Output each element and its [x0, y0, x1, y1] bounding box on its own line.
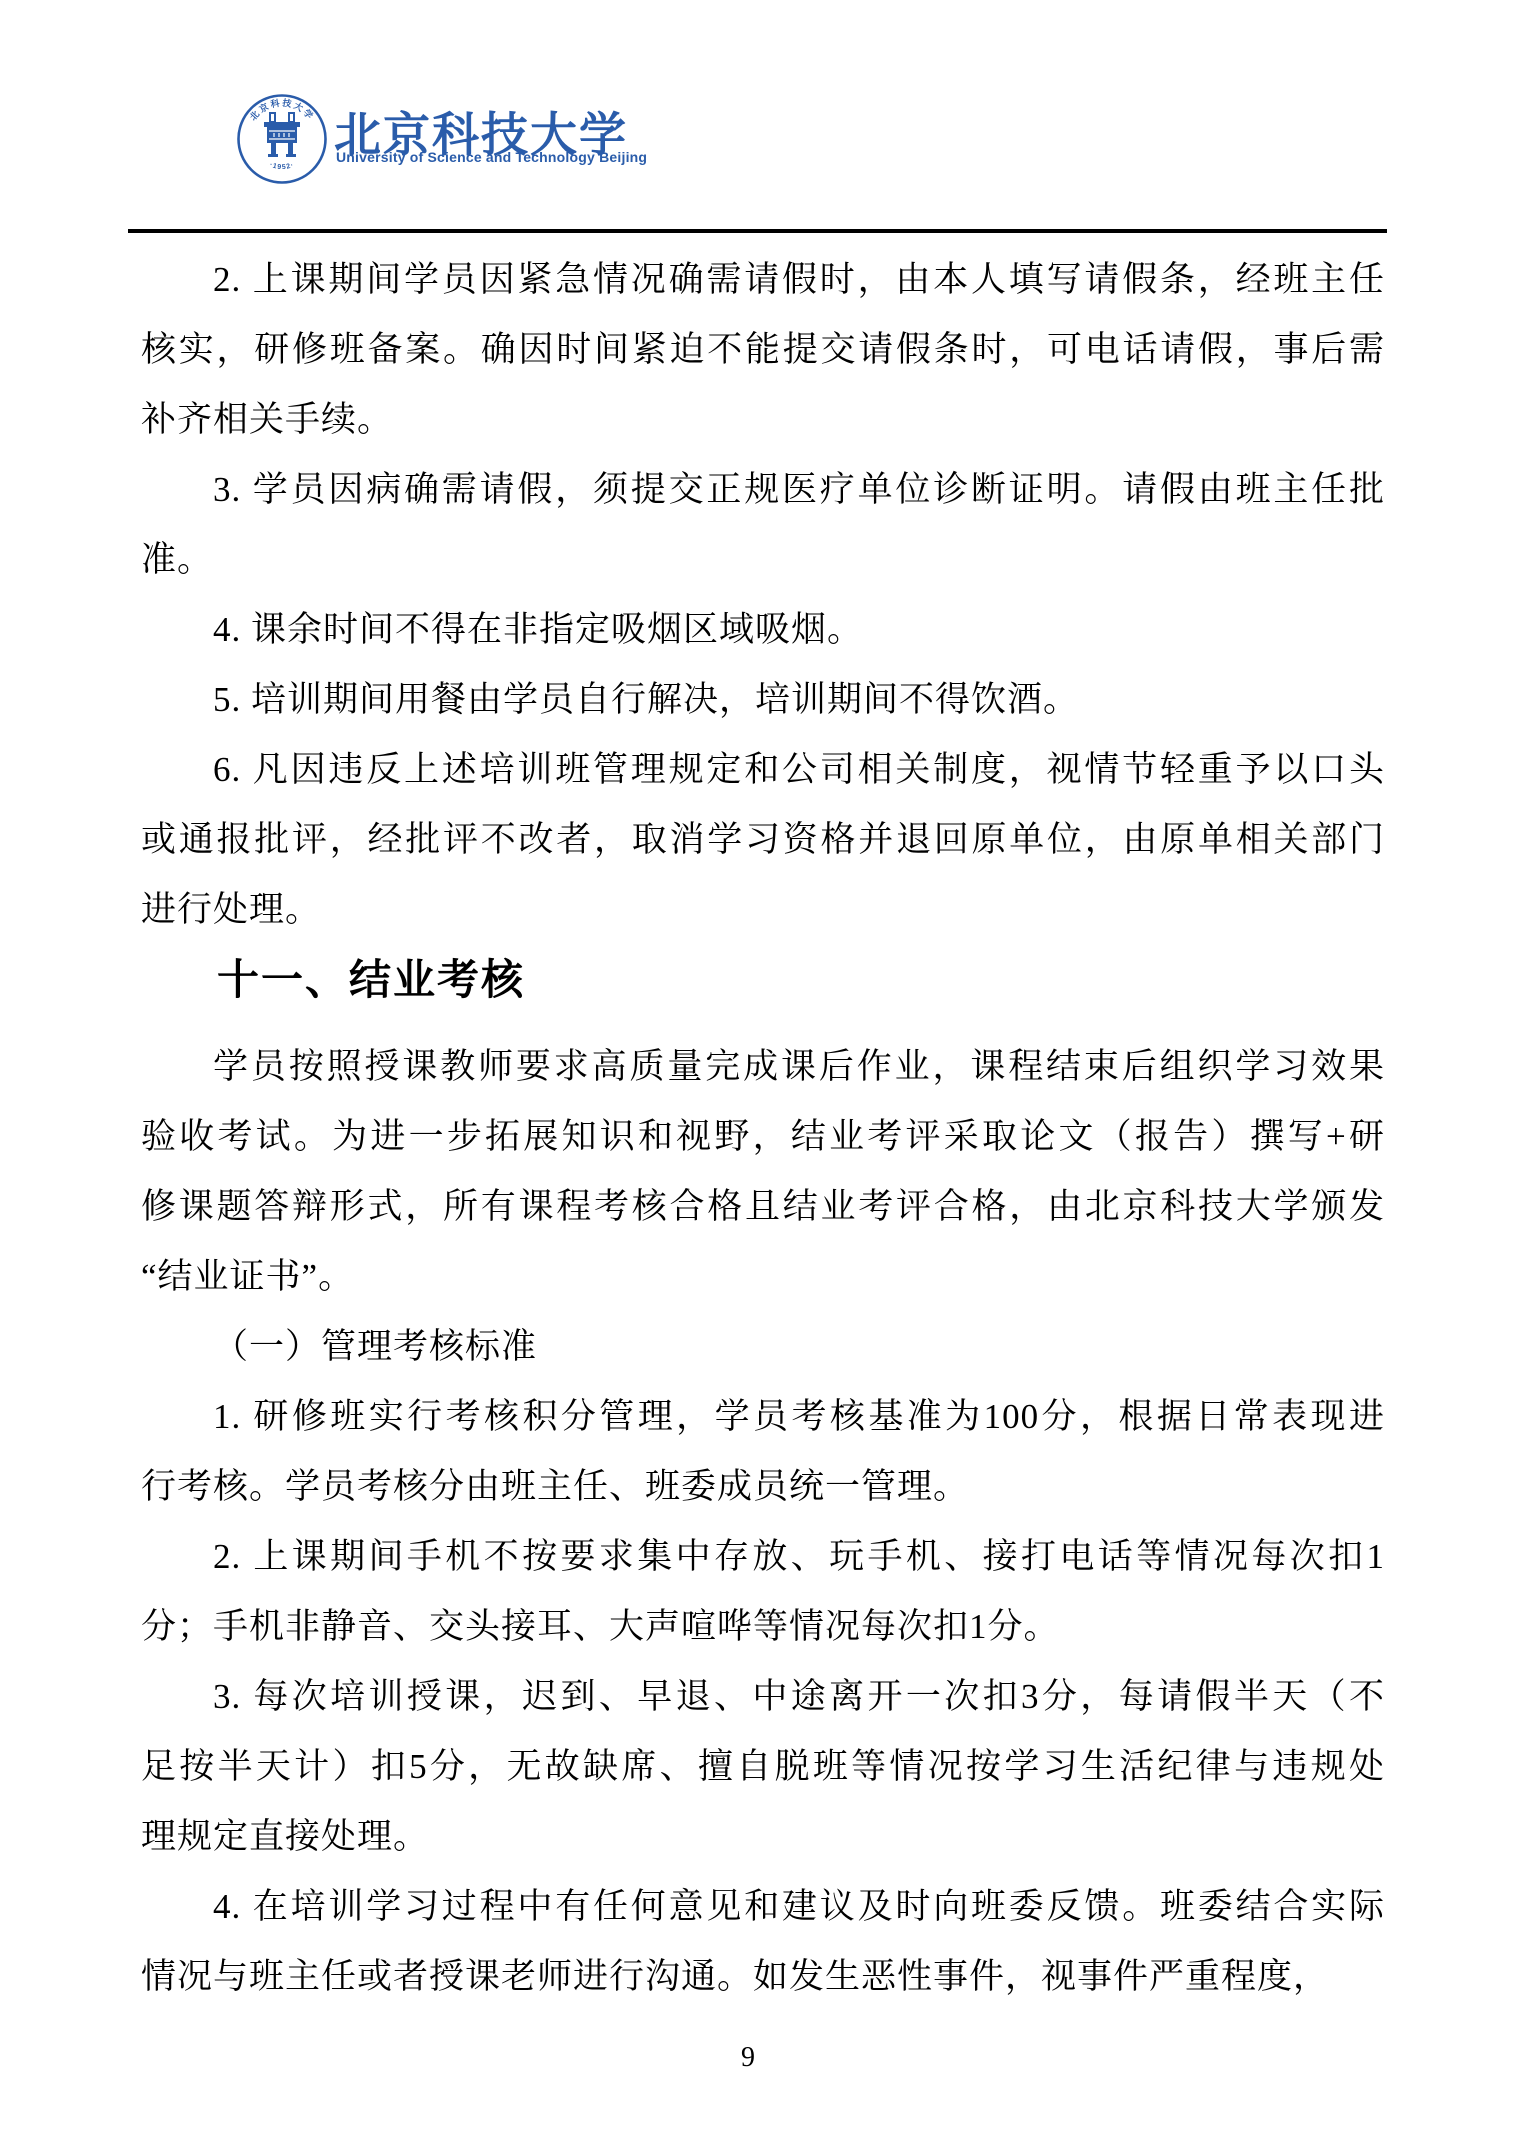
document-page: 北京科技大学 ·1952· 北京科技大学 University of Scien… [0, 0, 1522, 2141]
text-line: 4. 在培训学习过程中有任何意见和建议及时向班委反馈。班委结合实际 [141, 1872, 1385, 1942]
text-line: 验收考试。为进一步拓展知识和视野，结业考评采取论文（报告）撰写+研 [141, 1102, 1385, 1172]
text-line: 进行处理。 [141, 875, 1385, 945]
text-line: （一）管理考核标准 [141, 1312, 1385, 1382]
page-number: 9 [141, 2042, 1355, 2074]
text-line: 6. 凡因违反上述培训班管理规定和公司相关制度，视情节轻重予以口头 [141, 735, 1385, 805]
text-line: 理规定直接处理。 [141, 1802, 1385, 1872]
text-line: 学员按照授课教师要求高质量完成课后作业，课程结束后组织学习效果 [141, 1032, 1385, 1102]
text-line: 核实，研修班备案。确因时间紧迫不能提交请假条时，可电话请假，事后需 [141, 315, 1385, 385]
text-line: 2. 上课期间手机不按要求集中存放、玩手机、接打电话等情况每次扣1 [141, 1522, 1385, 1592]
text-line: 情况与班主任或者授课老师进行沟通。如发生恶性事件，视事件严重程度， [141, 1942, 1385, 2012]
university-seal-icon: 北京科技大学 ·1952· [236, 93, 328, 185]
text-line: 3. 学员因病确需请假，须提交正规医疗单位诊断证明。请假由班主任批 [141, 455, 1385, 525]
text-line: 5. 培训期间用餐由学员自行解决，培训期间不得饮酒。 [141, 665, 1385, 735]
text-line: 4. 课余时间不得在非指定吸烟区域吸烟。 [141, 595, 1385, 665]
text-line: 行考核。学员考核分由班主任、班委成员统一管理。 [141, 1452, 1385, 1522]
text-line: 3. 每次培训授课，迟到、早退、中途离开一次扣3分，每请假半天（不 [141, 1662, 1385, 1732]
text-line: 或通报批评，经批评不改者，取消学习资格并退回原单位，由原单相关部门 [141, 805, 1385, 875]
text-line: 补齐相关手续。 [141, 385, 1385, 455]
text-line: 足按半天计）扣5分，无故缺席、擅自脱班等情况按学习生活纪律与违规处 [141, 1732, 1385, 1802]
text-line: 1. 研修班实行考核积分管理，学员考核基准为100分，根据日常表现进 [141, 1382, 1385, 1452]
text-line: 分；手机非静音、交头接耳、大声喧哗等情况每次扣1分。 [141, 1592, 1385, 1662]
section-heading: 十一、结业考核 [217, 945, 1385, 1015]
text-line: “结业证书”。 [141, 1242, 1385, 1312]
university-name-english: University of Science and Technology Bei… [336, 149, 647, 165]
header-divider [128, 229, 1387, 233]
text-line: 准。 [141, 525, 1385, 595]
document-body: 2. 上课期间学员因紧急情况确需请假时，由本人填写请假条，经班主任核实，研修班备… [141, 245, 1385, 2012]
text-line: 修课题答辩形式，所有课程考核合格且结业考评合格，由北京科技大学颁发 [141, 1172, 1385, 1242]
text-line: 2. 上课期间学员因紧急情况确需请假时，由本人填写请假条，经班主任 [141, 245, 1385, 315]
